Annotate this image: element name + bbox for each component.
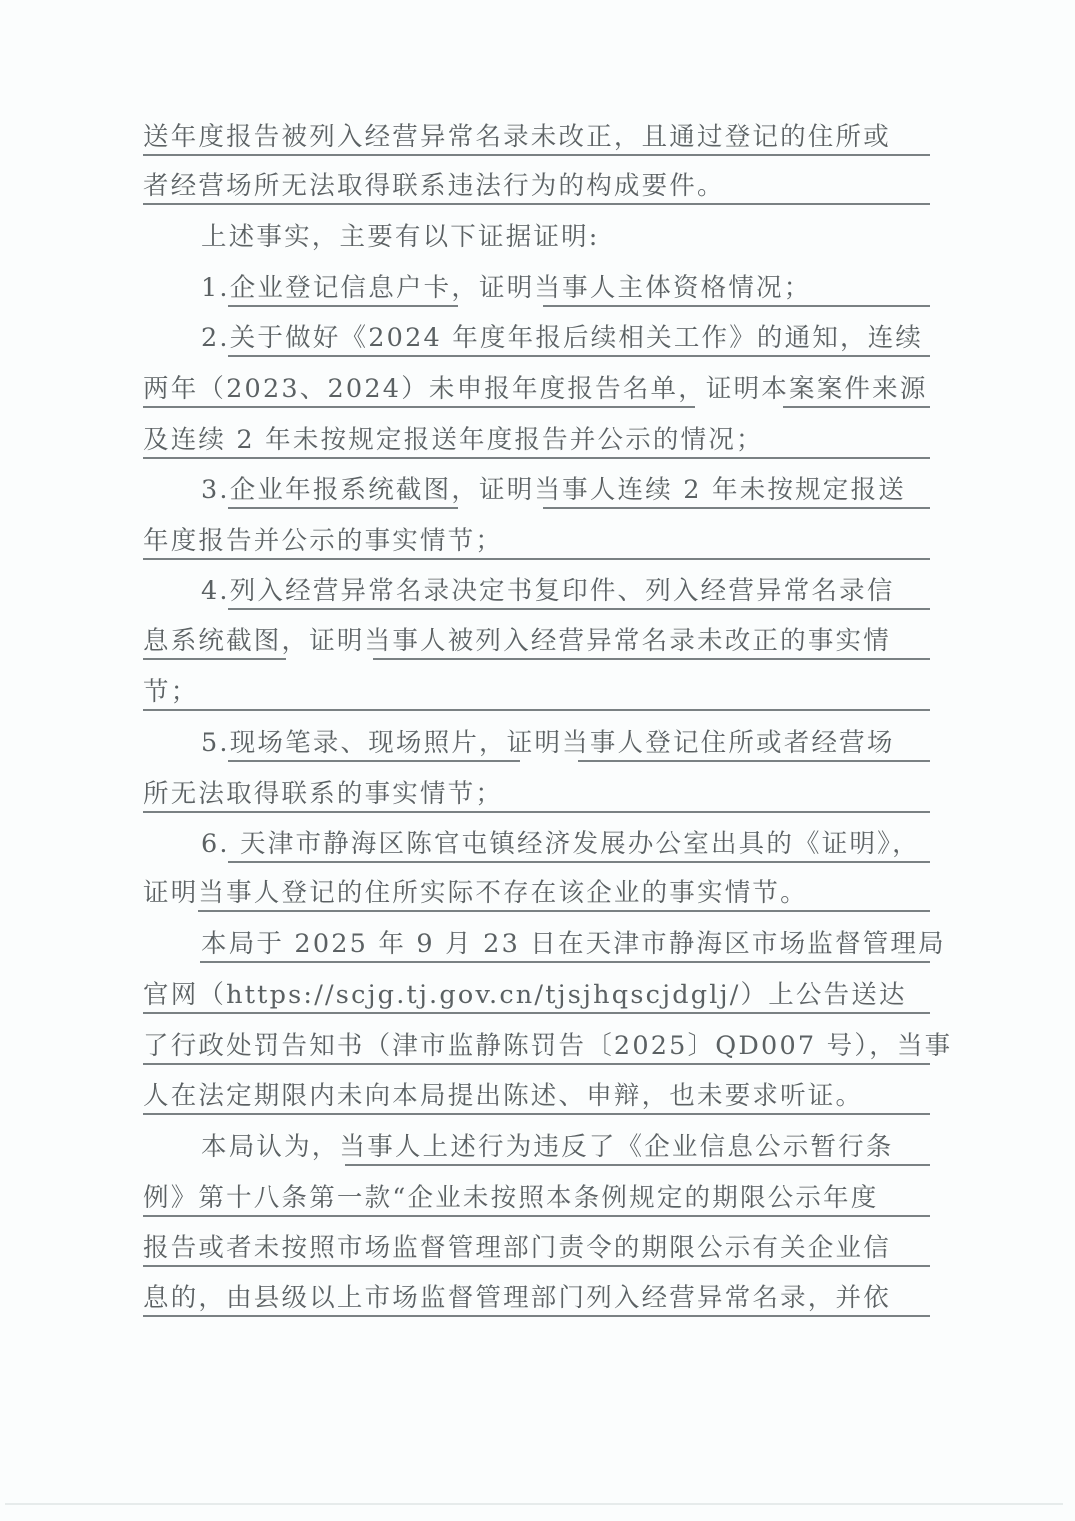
text-line: 本局于 2025 年 9 月 23 日在天津市静海区市场监督管理局	[143, 924, 930, 964]
underlined-text: 天津市静海区陈官屯镇经济发展办公室出具的《证明》，	[240, 829, 920, 859]
page-bottom-edge	[5, 1503, 1063, 1505]
text-segment: 本局认为，	[201, 1132, 340, 1162]
underlined-text: 节；	[143, 677, 198, 707]
underline-rule	[228, 305, 458, 307]
underlined-text: 报告或者未按照市场监督管理部门责令的期限公示有关企业信	[143, 1233, 891, 1263]
text-line: 官网（https://scjg.tj.gov.cn/tjsjhqscjdglj/…	[143, 975, 930, 1015]
underlined-text: 息的，由县级以上市场监督管理部门列入经营异常名录，并依	[143, 1283, 891, 1313]
underlined-text: 本案案件来源	[761, 374, 927, 404]
underline-rule	[373, 658, 930, 660]
underline-rule	[143, 406, 695, 408]
underline-rule	[543, 305, 930, 307]
underlined-text: 当事人被列入经营异常名录未改正的事实情	[365, 626, 891, 656]
underlined-text: 了行政处罚告知书（津市监静陈罚告〔2025〕QD007 号），当事	[143, 1031, 952, 1061]
text-segment: 2.	[201, 323, 230, 353]
underline-rule	[143, 1265, 930, 1267]
text-line: 息的，由县级以上市场监督管理部门列入经营异常名录，并依	[143, 1278, 930, 1318]
underline-rule	[143, 1315, 930, 1317]
text-line: 1.企业登记信息户卡，证明当事人主体资格情况；	[143, 268, 930, 308]
underlined-text: 当事人上述行为违反了《企业信息公示暂行条	[340, 1132, 894, 1162]
underline-rule	[228, 355, 930, 357]
underline-rule	[143, 1215, 930, 1217]
underline-rule	[345, 1164, 930, 1166]
underlined-text: 当事人登记的住所实际不存在该企业的事实情节。	[198, 878, 807, 908]
text-line: 节；	[143, 672, 930, 712]
text-line: 人在法定期限内未向本局提出陈述、申辩，也未要求听证。	[143, 1076, 930, 1116]
underline-rule	[198, 910, 930, 912]
text-segment: 4.	[201, 576, 230, 606]
underline-rule	[783, 406, 930, 408]
underlined-text: 当事人登记住所或者经营场	[562, 728, 894, 758]
text-segment: ，证明	[282, 626, 365, 656]
underlined-text: 关于做好《2024 年度年报后续相关工作》的通知，连续	[230, 323, 923, 353]
underlined-text: 当事人连续 2 年未按规定报送	[534, 475, 905, 505]
underlined-text: 及连续 2 年未按规定报送年度报告并公示的情况；	[143, 425, 764, 455]
underline-rule	[543, 507, 930, 509]
underlined-text: 送年度报告被列入经营异常名录未改正，且通过登记的住所或	[143, 122, 891, 152]
underline-rule	[143, 658, 286, 660]
underlined-text: 企业登记信息户卡	[230, 273, 452, 303]
document-page: 送年度报告被列入经营异常名录未改正，且通过登记的住所或者经营场所无法取得联系违法…	[0, 0, 1075, 1521]
underlined-text: 现场笔录、现场照片，	[230, 728, 507, 758]
text-segment: 1.	[201, 273, 230, 303]
underlined-text: 人在法定期限内未向本局提出陈述、申辩，也未要求听证。	[143, 1081, 863, 1111]
text-line: 年度报告并公示的事实情节；	[143, 521, 930, 561]
underlined-text: 所无法取得联系的事实情节；	[143, 779, 503, 809]
underlined-text: 息系统截图	[143, 626, 282, 656]
text-line: 息系统截图，证明当事人被列入经营异常名录未改正的事实情	[143, 621, 930, 661]
text-segment: 证明	[706, 374, 761, 404]
text-segment: 证明	[507, 728, 562, 758]
underlined-text: 当事人主体资格情况；	[534, 273, 811, 303]
text-line: 及连续 2 年未按规定报送年度报告并公示的情况；	[143, 420, 930, 460]
text-segment: 5.	[201, 728, 230, 758]
text-line: 例》第十八条第一款“企业未按照本条例规定的期限公示年度	[143, 1178, 930, 1218]
text-line: 本局认为，当事人上述行为违反了《企业信息公示暂行条	[143, 1127, 930, 1167]
text-segment: 6.	[201, 829, 240, 859]
text-line: 了行政处罚告知书（津市监静陈罚告〔2025〕QD007 号），当事	[143, 1026, 930, 1066]
text-line: 所无法取得联系的事实情节；	[143, 774, 930, 814]
text-segment: ，证明	[451, 273, 534, 303]
underline-rule	[143, 154, 930, 156]
text-line: 2.关于做好《2024 年度年报后续相关工作》的通知，连续	[143, 318, 930, 358]
text-line: 送年度报告被列入经营异常名录未改正，且通过登记的住所或	[143, 117, 930, 157]
text-line: 4.列入经营异常名录决定书复印件、列入经营异常名录信	[143, 571, 930, 611]
underlined-text: 企业年报系统截图	[230, 475, 452, 505]
underline-rule	[143, 1113, 930, 1115]
underlined-text: 年度报告并公示的事实情节；	[143, 526, 503, 556]
text-line: 3.企业年报系统截图，证明当事人连续 2 年未按规定报送	[143, 470, 930, 510]
underlined-text: 两年（2023、2024）未申报年度报告名单，	[143, 374, 706, 404]
text-line: 者经营场所无法取得联系违法行为的构成要件。	[143, 166, 930, 206]
text-line: 报告或者未按照市场监督管理部门责令的期限公示有关企业信	[143, 1228, 930, 1268]
underline-rule	[143, 709, 930, 711]
text-line: 6. 天津市静海区陈官屯镇经济发展办公室出具的《证明》，	[143, 824, 930, 864]
underline-rule	[143, 203, 930, 205]
underline-rule	[228, 608, 930, 610]
text-line: 证明当事人登记的住所实际不存在该企业的事实情节。	[143, 873, 930, 913]
underline-rule	[200, 961, 930, 963]
text-segment: ，证明	[451, 475, 534, 505]
text-segment: 3.	[201, 475, 230, 505]
underline-rule	[228, 507, 458, 509]
text-segment: 证明	[143, 878, 198, 908]
text-segment: 上述事实，主要有以下证据证明:	[201, 222, 600, 252]
underlined-text: 例》第十八条第一款“企业未按照本条例规定的期限公示年度	[143, 1183, 878, 1213]
underline-rule	[143, 1012, 930, 1014]
underline-rule	[143, 558, 930, 560]
text-line: 两年（2023、2024）未申报年度报告名单，证明本案案件来源	[143, 369, 930, 409]
underline-rule	[143, 811, 930, 813]
underline-rule	[228, 861, 930, 863]
underlined-text: 者经营场所无法取得联系违法行为的构成要件。	[143, 171, 725, 201]
underline-rule	[143, 1063, 930, 1065]
underlined-text: 列入经营异常名录决定书复印件、列入经营异常名录信	[230, 576, 895, 606]
underline-rule	[228, 760, 520, 762]
underline-rule	[143, 457, 930, 459]
text-line: 上述事实，主要有以下证据证明:	[143, 217, 930, 257]
underlined-text: 本局于 2025 年 9 月 23 日在天津市静海区市场监督管理局	[201, 929, 946, 959]
underlined-text: 官网（https://scjg.tj.gov.cn/tjsjhqscjdglj/…	[143, 980, 907, 1010]
text-line: 5.现场笔录、现场照片，证明当事人登记住所或者经营场	[143, 723, 930, 763]
underline-rule	[578, 760, 930, 762]
